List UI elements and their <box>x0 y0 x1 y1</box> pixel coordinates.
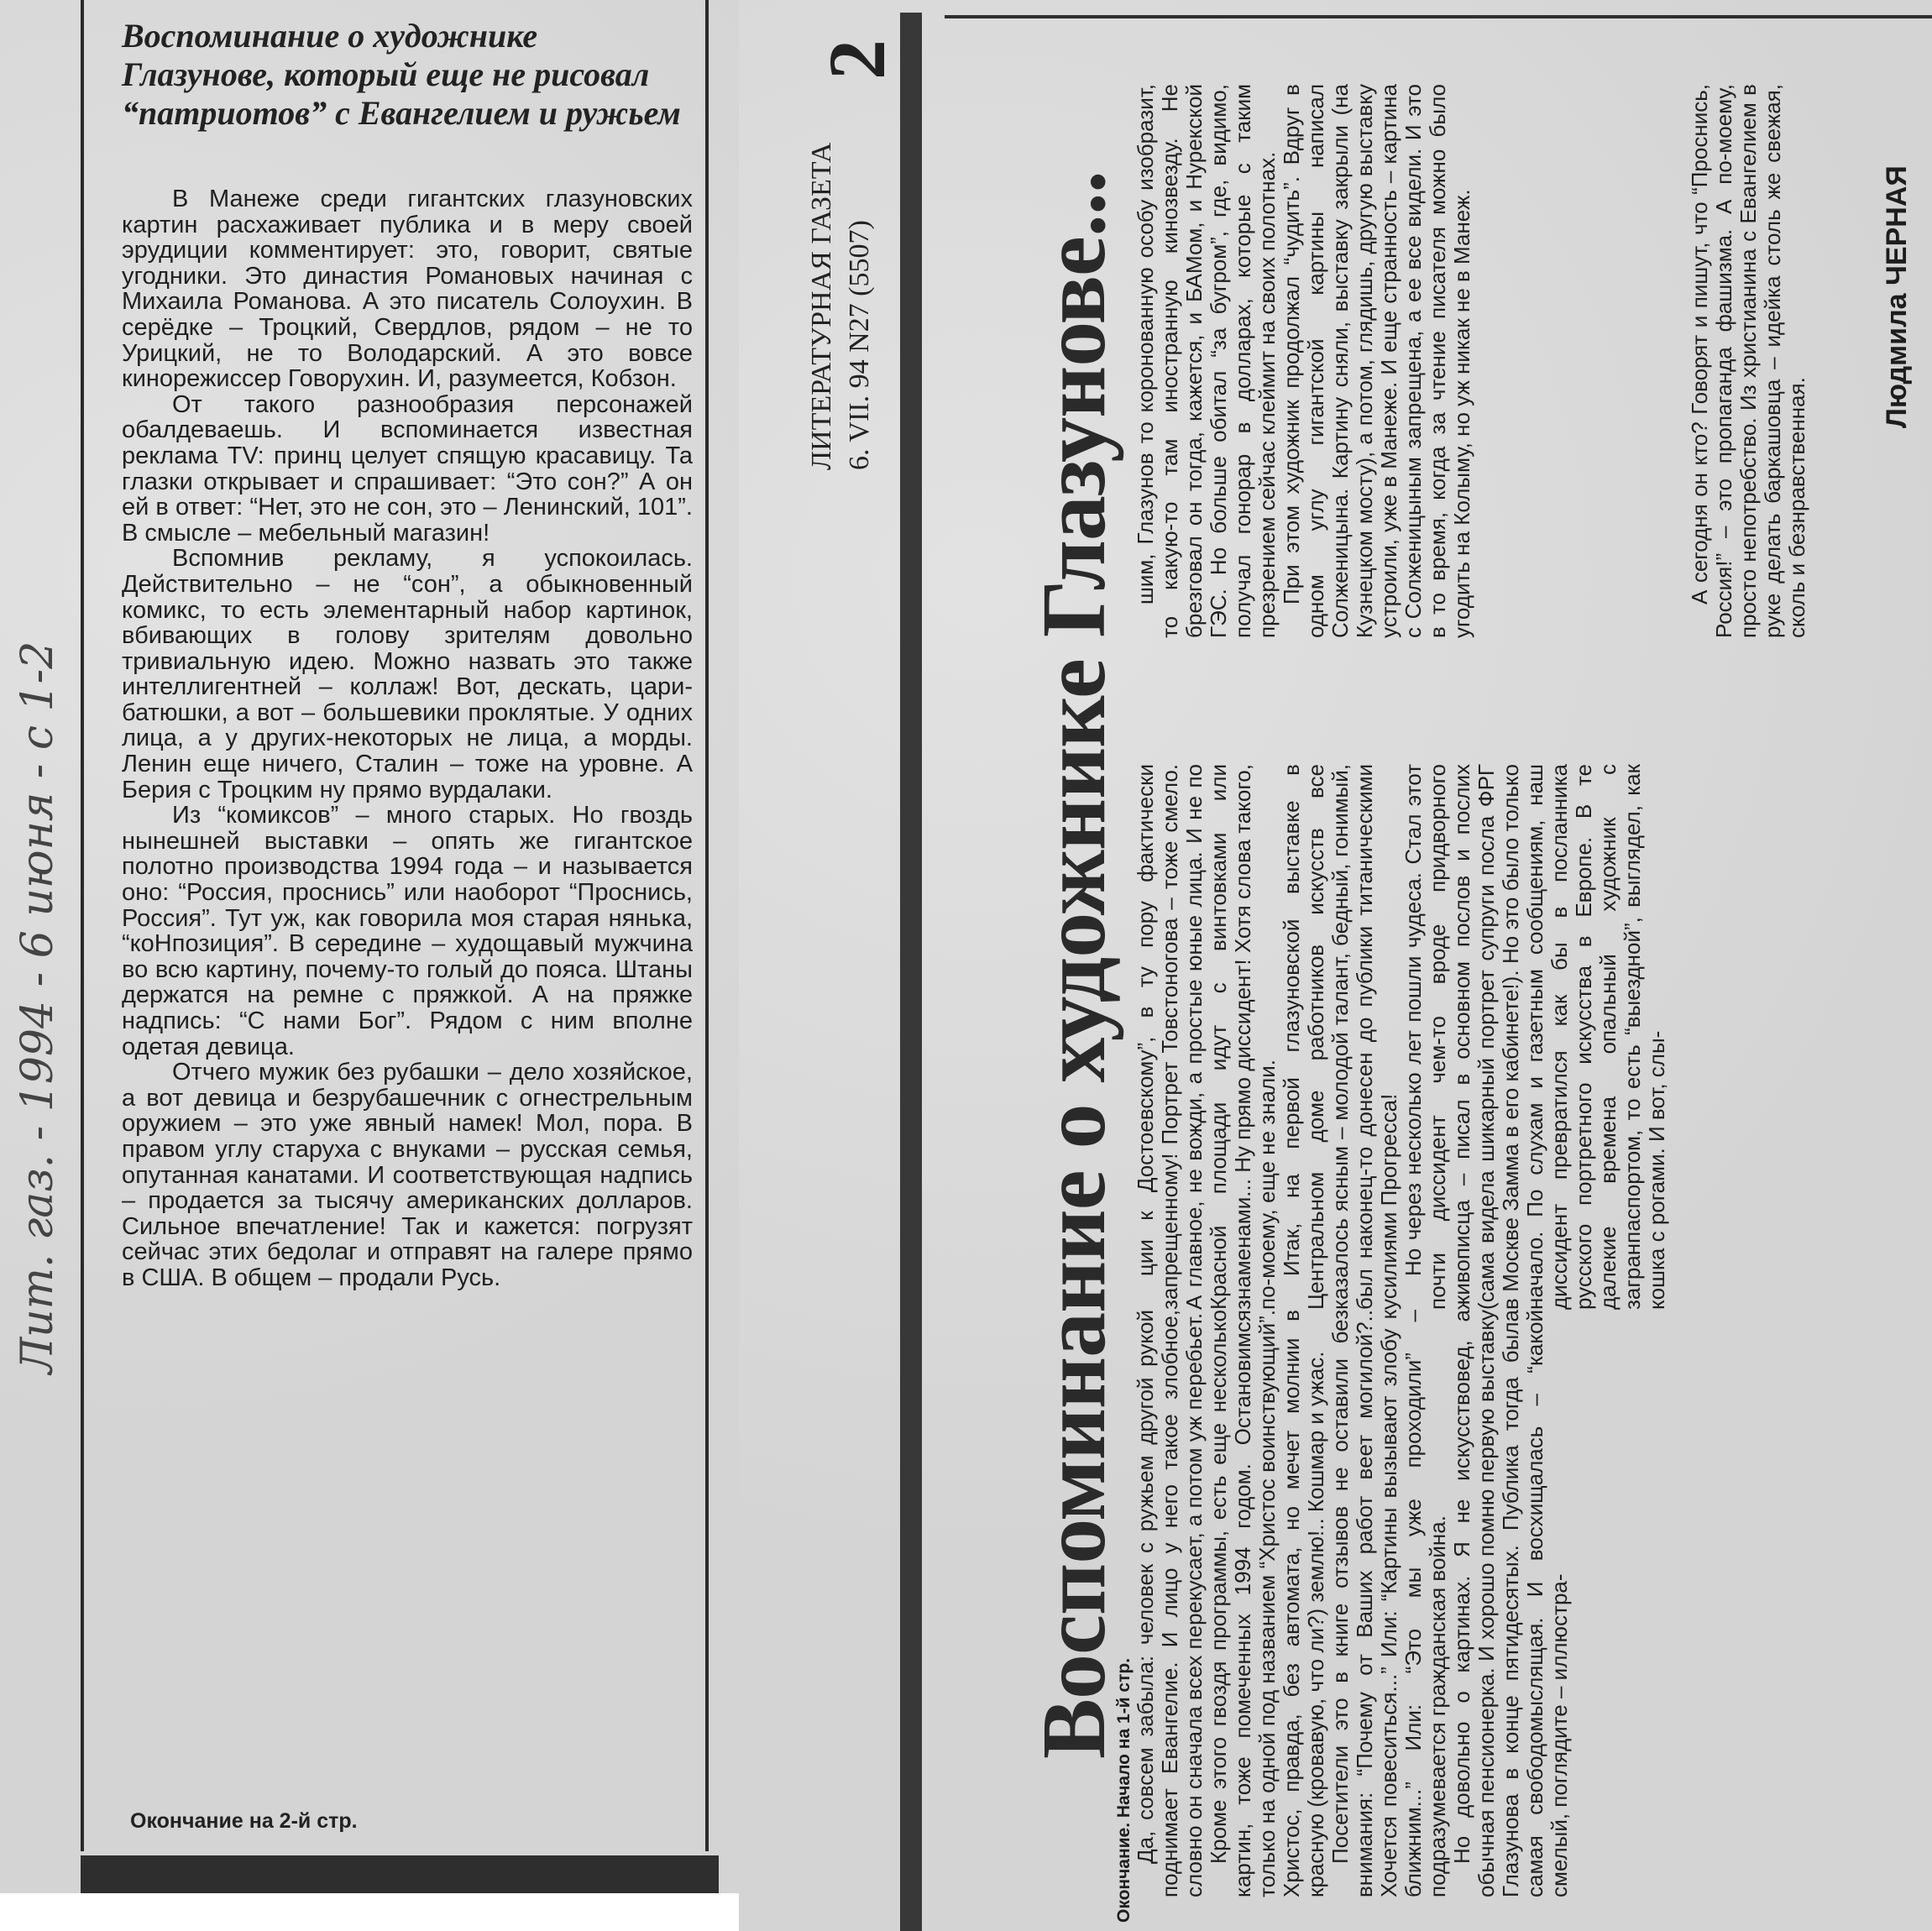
paragraph: Итак, на первой глазуновской выставке в … <box>1280 764 1401 1310</box>
top-rule <box>945 15 1932 18</box>
paragraph: Из “комиксов” – много старых. Но гвоздь … <box>122 803 693 1060</box>
paragraph: Но через несколько лет пошли чудеса. Ста… <box>1401 764 1669 1310</box>
paragraph: А сегодня он кто? Говорят и пишут, что “… <box>1688 84 1809 638</box>
article-body: В Манеже среди гигантских глазуновских к… <box>122 186 693 1291</box>
headline: Воспоминание о художнике Глазунове... <box>1023 171 1127 1759</box>
paragraph: В Манеже среди гигантских глазуновских к… <box>122 186 693 392</box>
author-byline: Людмила ЧЕРНАЯ <box>1881 165 1914 428</box>
vertical-divider-bar <box>900 13 922 1931</box>
paragraph: От такого разнообразия персонажей обалде… <box>122 392 693 547</box>
text-column-2: ции к Достоевскому”, в ту пору фактическ… <box>1134 764 1669 1310</box>
issue-info: 6. VII. 94 N27 (5507) <box>844 220 876 470</box>
paragraph: Отчего мужик без рубашки – дело хозяйско… <box>122 1060 693 1290</box>
article-title: Воспоминание о художнике Глазунове, кото… <box>122 17 693 133</box>
handwritten-annotation: Лит. газ. - 1994 - 6 июня - с 1-2 <box>0 336 76 1679</box>
paragraph: Посетители это в книге отзывов не остави… <box>1328 1310 1450 1897</box>
bottom-black-bar <box>81 1855 719 1893</box>
newspaper-name: ЛИТЕРАТУРНАЯ ГАЗЕТА <box>806 143 838 470</box>
text-column-3: шим, Глазунов то коронованную особу изоб… <box>1134 84 1474 638</box>
paragraph: Кроме этого гвоздя программы, есть еще н… <box>1207 1310 1328 1897</box>
handwritten-text: Лит. газ. - 1994 - 6 июня - с 1-2 <box>13 641 63 1374</box>
paragraph: Вспомнив рекламу, я успокоилась. Действи… <box>122 546 693 803</box>
paragraph: Да, совсем забыла: человек с ружьем друг… <box>1134 1310 1207 1897</box>
paragraph: ции к Достоевскому”, в ту пору фактическ… <box>1134 764 1280 1310</box>
paragraph: При этом художник продолжал “чудить”. Вд… <box>1280 84 1474 638</box>
paragraph: шим, Глазунов то коронованную особу изоб… <box>1134 84 1280 638</box>
continuation-note: Окончание на 2-й стр. <box>130 1809 358 1834</box>
page-number: 2 <box>810 39 903 80</box>
continuation-note: Окончание. Начало на 1-й стр. <box>1114 1658 1134 1923</box>
paragraph: Но довольно о картинах. Я не искусствове… <box>1450 1310 1572 1897</box>
text-column-1: Да, совсем забыла: человек с ружьем друг… <box>1134 1310 1572 1897</box>
text-column-4: А сегодня он кто? Говорят и пишут, что “… <box>1688 84 1809 638</box>
